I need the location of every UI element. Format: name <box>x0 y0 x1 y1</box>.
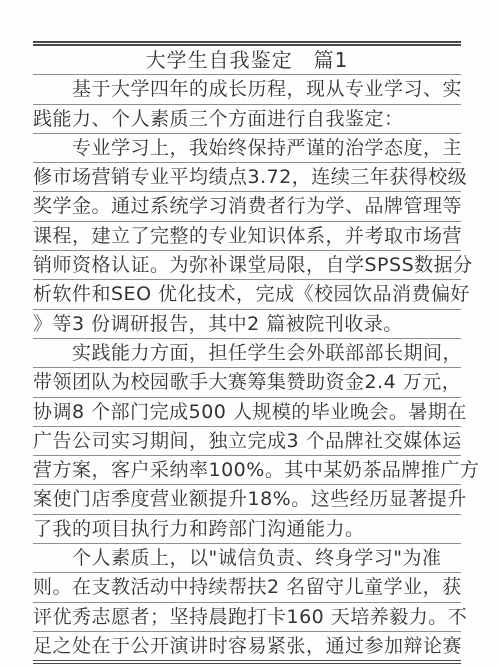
text-line: 协调8 个部门完成500 人规模的毕业晚会。暑期在 <box>33 398 461 427</box>
document-page: 大学生自我鉴定 篇1 基于大学四年的成长历程，现从专业学习、实践能力、个人素质三… <box>0 0 500 667</box>
text-line: 营方案，客户采纳率100%。其中某奶茶品牌推广方 <box>33 456 461 485</box>
text-line: 案使门店季度营业额提升18%。这些经历显著提升 <box>33 485 461 514</box>
text-line: 足之处在于公开演讲时容易紧张，通过参加辩论赛 <box>33 632 461 660</box>
text-line: 广告公司实习期间，独立完成3 个品牌社交媒体运 <box>33 427 461 456</box>
text-line: 修市场营销专业平均绩点3.72，连续三年获得校级 <box>33 163 461 192</box>
text-line: 专业学习上，我始终保持严谨的治学态度，主 <box>33 134 461 163</box>
text-line: 评优秀志愿者；坚持晨跑打卡160 天培养毅力。不 <box>33 603 461 632</box>
text-line: 了我的项目执行力和跨部门沟通能力。 <box>33 515 461 544</box>
text-line: 课程，建立了完整的专业知识体系，并考取市场营 <box>33 222 461 251</box>
text-line: 实践能力方面，担任学生会外联部部长期间， <box>33 339 461 368</box>
notebook-sheet: 大学生自我鉴定 篇1 基于大学四年的成长历程，现从专业学习、实践能力、个人素质三… <box>33 41 461 664</box>
text-line: 带领团队为校园歌手大赛筹集赞助资金2.4 万元， <box>33 368 461 397</box>
document-title: 大学生自我鉴定 篇1 <box>33 46 461 75</box>
text-line: 践能力、个人素质三个方面进行自我鉴定： <box>33 105 461 134</box>
text-line: 销师资格认证。为弥补课堂局限，自学SPSS数据分 <box>33 251 461 280</box>
text-line: 析软件和SEO 优化技术，完成《校园饮品消费偏好 <box>33 280 461 309</box>
text-line: 则。在支教活动中持续帮扶2 名留守儿童学业，获 <box>33 573 461 602</box>
text-line: 个人素质上，以"诚信负责、终身学习"为准 <box>33 544 461 573</box>
text-line: 奖学金。通过系统学习消费者行为学、品牌管理等 <box>33 192 461 221</box>
text-line: 》等3 份调研报告，其中2 篇被院刊收录。 <box>33 310 461 339</box>
text-line: 基于大学四年的成长历程，现从专业学习、实 <box>33 75 461 104</box>
